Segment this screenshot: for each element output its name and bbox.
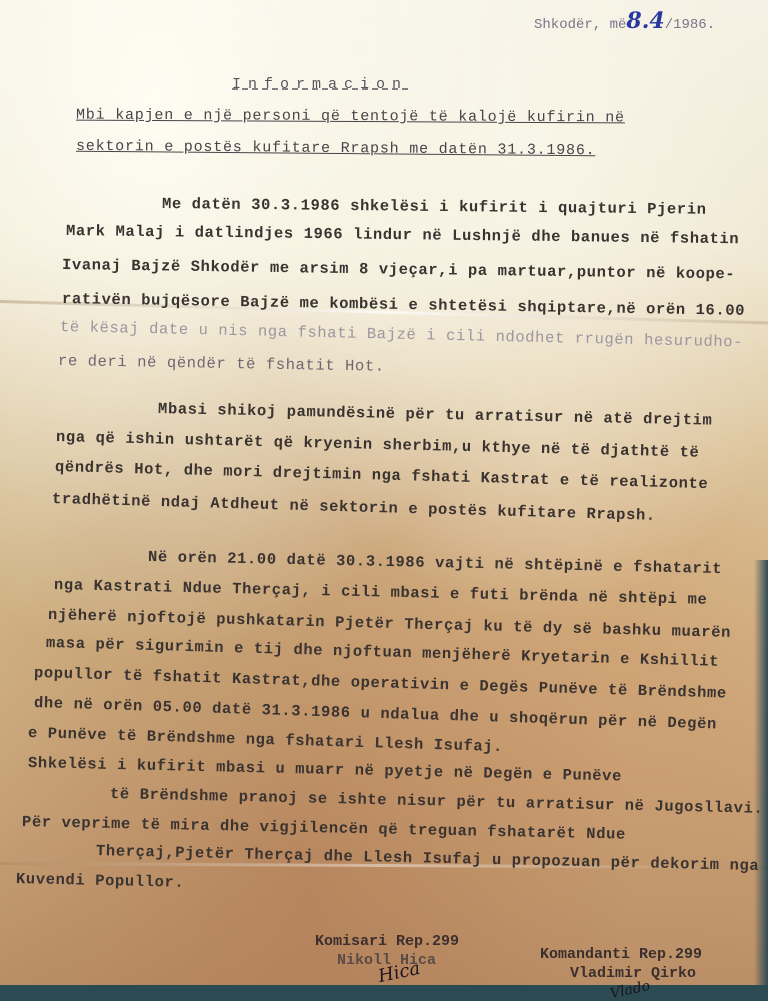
body-line: Mark Malaj i datlindjes 1966 lindur në L… — [66, 222, 739, 248]
body-line: Therçaj,Pjetër Therçaj dhe Llesh Isufaj … — [96, 842, 760, 875]
body-line: qëndrës Hot, dhe mori drejtimin nga fsha… — [55, 458, 709, 493]
body-line: nga që ishin ushtarët që kryenin sherbim… — [56, 428, 700, 462]
body-line: e Punëve të Brëndshme nga fshatari Llesh… — [28, 724, 504, 756]
body-line: re deri në qëndër të fshatit Hot. — [58, 352, 385, 376]
signature-block-right: Komandanti Rep.299 Vladimir Qirko — [540, 945, 702, 983]
body-line: Shkelësi i kufirit mbasi u muarr në pyet… — [28, 754, 622, 785]
body-line: Mbasi shikoj pamundësinë për tu arratisu… — [158, 400, 713, 430]
subject-line-2: sektorin e postës kufitare Rrapsh me dat… — [76, 138, 596, 160]
place-date-prefix: Shkodër, më — [534, 17, 626, 33]
handwritten-date: 8.4 — [626, 8, 664, 34]
commander-title: Komandanti Rep.299 — [540, 945, 702, 964]
body-line: tradhëtinë ndaj Atdheut në sektorin e po… — [52, 490, 656, 525]
body-line: nga Kastrati Ndue Therçaj, i cili mbasi … — [54, 576, 708, 609]
body-line: masa për sigurimin e tij dhe njoftuan me… — [46, 634, 720, 671]
date-year: /1986. — [665, 17, 715, 33]
body-line: të kësaj date u nis nga fshati Bajzë i c… — [60, 318, 743, 351]
place-date: Shkodër, më8.4/1986. — [534, 8, 715, 34]
body-line: Me datën 30.3.1986 shkelësi i kufirit i … — [162, 195, 707, 219]
body-line: Në orën 21.00 datë 30.3.1986 vajti në sh… — [148, 548, 723, 578]
page-edge-shadow — [754, 560, 768, 985]
subject-line-1: Mbi kapjen e një personi që tentojë të k… — [76, 107, 625, 127]
document-title: Informacion — [232, 76, 478, 93]
commissar-title: Komisari Rep.299 — [315, 932, 459, 951]
commander-name: Vladimir Qirko — [540, 964, 702, 983]
body-line: të Brëndshme pranoj se ishte nisur për t… — [110, 785, 764, 818]
body-line: Kuvendi Popullor. — [16, 870, 185, 892]
document-page: Shkodër, më8.4/1986. Informacion Mbi kap… — [0, 0, 768, 985]
body-line: rativën bujqësore Bajzë me kombësi e sht… — [62, 290, 745, 320]
body-line: Ivanaj Bajzë Shkodër me arsim 8 vjeçar,i… — [62, 256, 735, 283]
body-line: Për veprime të mira dhe vigjilencën që t… — [22, 813, 626, 844]
